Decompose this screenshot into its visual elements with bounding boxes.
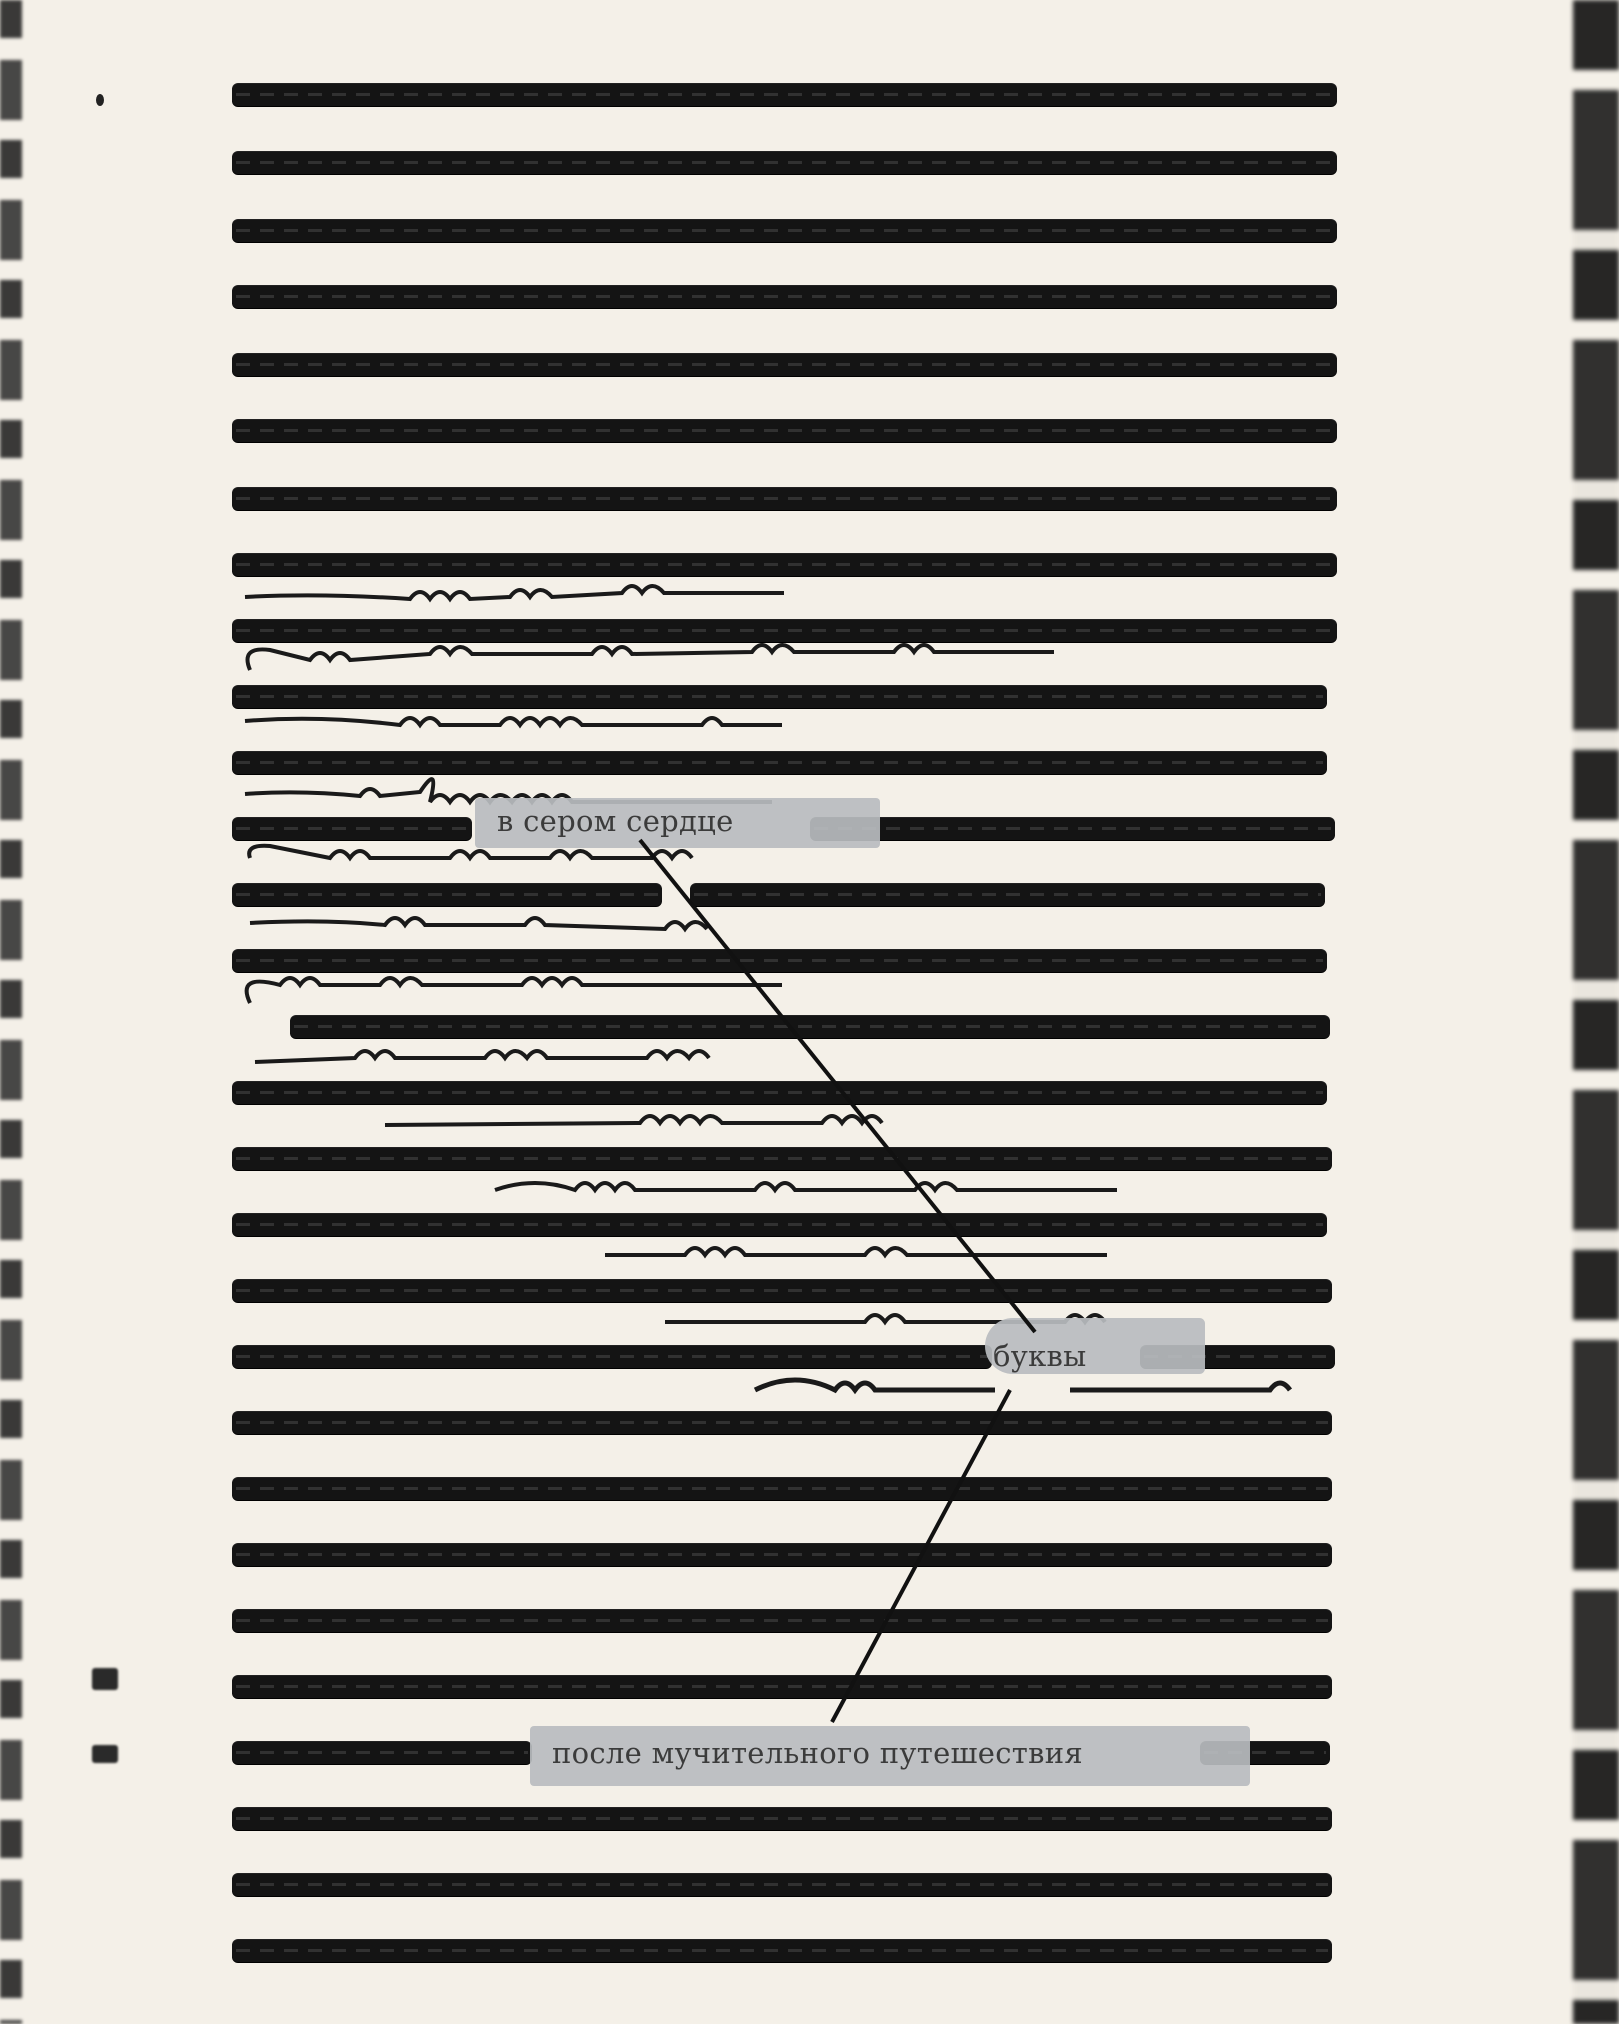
handwritten-scribble <box>240 705 980 745</box>
redacted-line <box>232 1808 1332 1830</box>
handwritten-scribble <box>250 1040 1130 1080</box>
redacted-line <box>232 1280 1332 1302</box>
redacted-line <box>232 220 1337 242</box>
redacted-line <box>232 950 1327 972</box>
redacted-line <box>232 1214 1327 1236</box>
found-phrase: буквы <box>993 1339 1087 1373</box>
redacted-line <box>232 1478 1332 1500</box>
redacted-line <box>232 152 1337 174</box>
redacted-line <box>232 1082 1327 1104</box>
redacted-line <box>232 1940 1332 1962</box>
redacted-line <box>232 84 1337 106</box>
redacted-line <box>290 1016 1330 1038</box>
paper-page: в сером сердце буквы после мучительного … <box>0 0 1619 2024</box>
handwritten-scribble <box>750 1370 1330 1410</box>
redacted-line <box>232 354 1337 376</box>
redacted-line <box>810 818 1335 840</box>
redacted-line <box>232 1412 1332 1434</box>
torn-edge-right <box>1573 0 1619 2024</box>
handwritten-scribble <box>380 1105 1260 1145</box>
redacted-line <box>690 884 1325 906</box>
handwritten-scribble <box>240 975 1020 1015</box>
redacted-line <box>232 1874 1332 1896</box>
redacted-line <box>232 420 1337 442</box>
redacted-line <box>232 286 1337 308</box>
found-phrase: после мучительного путешествия <box>552 1736 1083 1770</box>
redacted-line <box>232 1742 532 1764</box>
redacted-line <box>232 1544 1332 1566</box>
redacted-line <box>232 554 1337 576</box>
redacted-line <box>232 1676 1332 1698</box>
redacted-line <box>232 620 1337 642</box>
torn-edge-left <box>0 0 22 2024</box>
ink-dot <box>96 94 104 106</box>
found-phrase: в сером сердце <box>497 804 734 838</box>
ink-mark <box>92 1745 118 1763</box>
handwritten-scribble <box>240 575 810 615</box>
redacted-line <box>232 488 1337 510</box>
redacted-line <box>232 1346 992 1368</box>
redacted-line <box>232 1610 1332 1632</box>
redacted-line <box>232 818 472 840</box>
redacted-line <box>232 1148 1332 1170</box>
handwritten-scribble <box>245 905 985 945</box>
ink-mark <box>92 1668 118 1690</box>
handwritten-scribble <box>240 640 1190 680</box>
handwritten-scribble <box>490 1170 1330 1210</box>
handwritten-scribble <box>600 1235 1320 1275</box>
redacted-line <box>232 884 662 906</box>
